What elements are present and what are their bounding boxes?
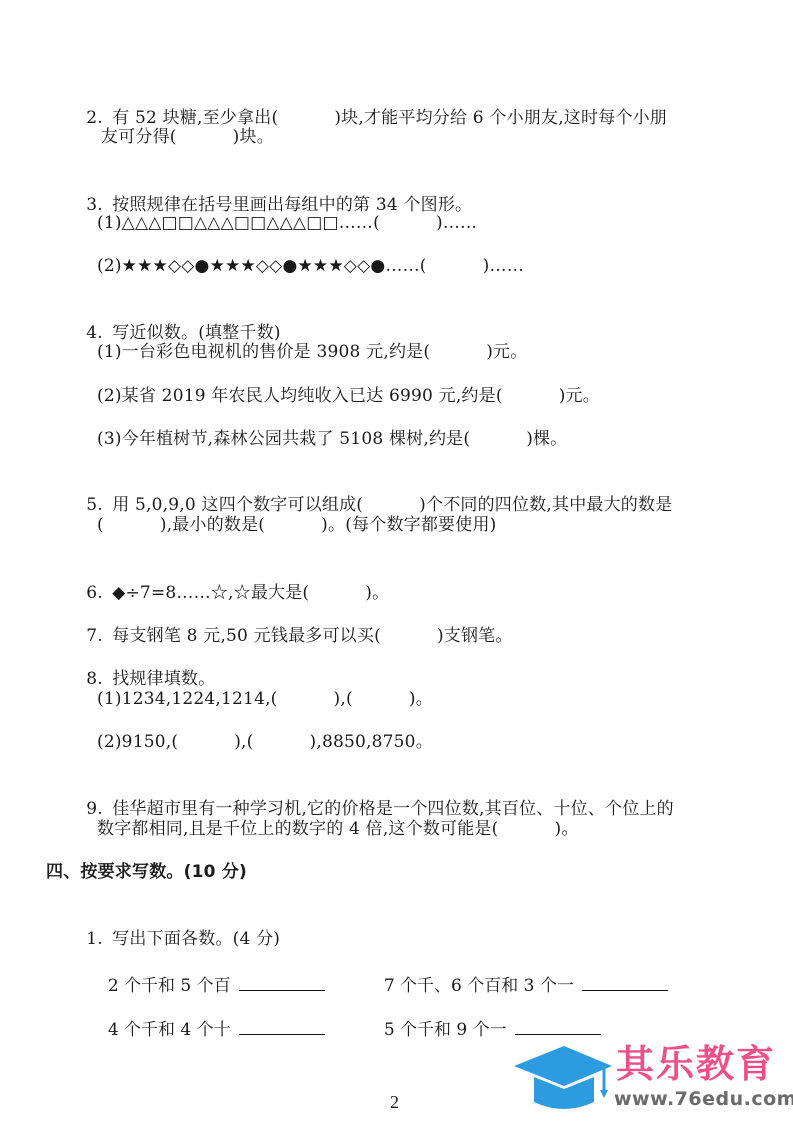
page-number: 2 — [390, 1092, 399, 1113]
watermark-url: www.76edu.com — [614, 1088, 793, 1110]
question-5-line1: 5.用 5,0,9,0 这四个数字可以组成( )个不同的四位数,其中最大的数是 — [75, 469, 672, 517]
question-2-line1: 2.有 52 块糖,至少拿出( )块,才能平均分给 6 个小朋友,这时每个小朋 — [75, 82, 667, 130]
write-number-item: 5 个千和 9 个一 — [373, 992, 601, 1042]
question-4: 4.写近似数。(填整千数) — [75, 297, 281, 345]
question-text: 写出下面各数。(4 分) — [112, 929, 280, 949]
question-7: 7.每支钢笔 8 元,50 元钱最多可以买( )支钢笔。 — [75, 600, 513, 648]
question-2-line2: 友可分得( )块。 — [101, 125, 274, 149]
question-8-sub1: (1)1234,1224,1214,( ),( )。 — [97, 687, 433, 711]
question-4-sub2: (2)某省 2019 年农民人均纯收入已达 6990 元,约是( )元。 — [97, 384, 600, 408]
answer-blank[interactable] — [239, 1016, 325, 1035]
question-9-line1: 9.佳华超市里有一种学习机,它的价格是一个四位数,其百位、十位、个位上的 — [75, 773, 674, 821]
question-9-line2: 数字都相同,且是千位上的数字的 4 倍,这个数可能是( )。 — [97, 817, 579, 841]
question-8: 8.找规律填数。 — [75, 643, 215, 691]
question-8-sub2: (2)9150,( ),( ),8850,8750。 — [97, 730, 433, 754]
section-4-heading: 四、按要求写数。(10 分) — [46, 860, 247, 884]
question-3: 3.按照规律在括号里画出每组中的第 34 个图形。 — [75, 169, 472, 217]
question-3-sub2: (2)★★★◇◇●★★★◇◇●★★★◇◇●……( )…… — [97, 254, 524, 278]
watermark-logo: 其乐教育 www.76edu.com — [512, 1040, 787, 1115]
write-number-item: 4 个千和 4 个十 — [97, 992, 325, 1042]
question-4-sub3: (3)今年植树节,森林公园共栽了 5108 棵树,约是( )棵。 — [97, 427, 567, 451]
section-4-question-1: 1.写出下面各数。(4 分) — [75, 903, 280, 951]
write-number-item: 7 个千、6 个百和 3 个一 — [373, 948, 668, 998]
answer-blank[interactable] — [582, 972, 668, 991]
question-3-sub1: (1)△△△□□△△△□□△△△□□……( )…… — [97, 211, 477, 235]
question-5-line2: ( ),最小的数是( )。(每个数字都要使用) — [97, 513, 496, 537]
question-text: 佳华超市里有一种学习机,它的价格是一个四位数,其百位、十位、个位上的 — [112, 799, 674, 819]
watermark-title: 其乐教育 — [616, 1042, 776, 1086]
answer-blank[interactable] — [515, 1016, 601, 1035]
item-label: 4 个千和 4 个十 — [108, 1020, 231, 1040]
item-label: 5 个千和 9 个一 — [384, 1020, 507, 1040]
graduation-cap-icon — [512, 1044, 612, 1114]
question-4-sub1: (1)一台彩色电视机的售价是 3908 元,约是( )元。 — [97, 340, 527, 364]
question-text: 用 5,0,9,0 这四个数字可以组成( )个不同的四位数,其中最大的数是 — [112, 495, 672, 515]
question-text: 找规律填数。 — [112, 669, 215, 689]
answer-blank[interactable] — [239, 972, 325, 991]
question-6: 6.◆÷7=8……☆,☆最大是( )。 — [75, 557, 389, 605]
write-number-item: 2 个千和 5 个百 — [97, 948, 325, 998]
